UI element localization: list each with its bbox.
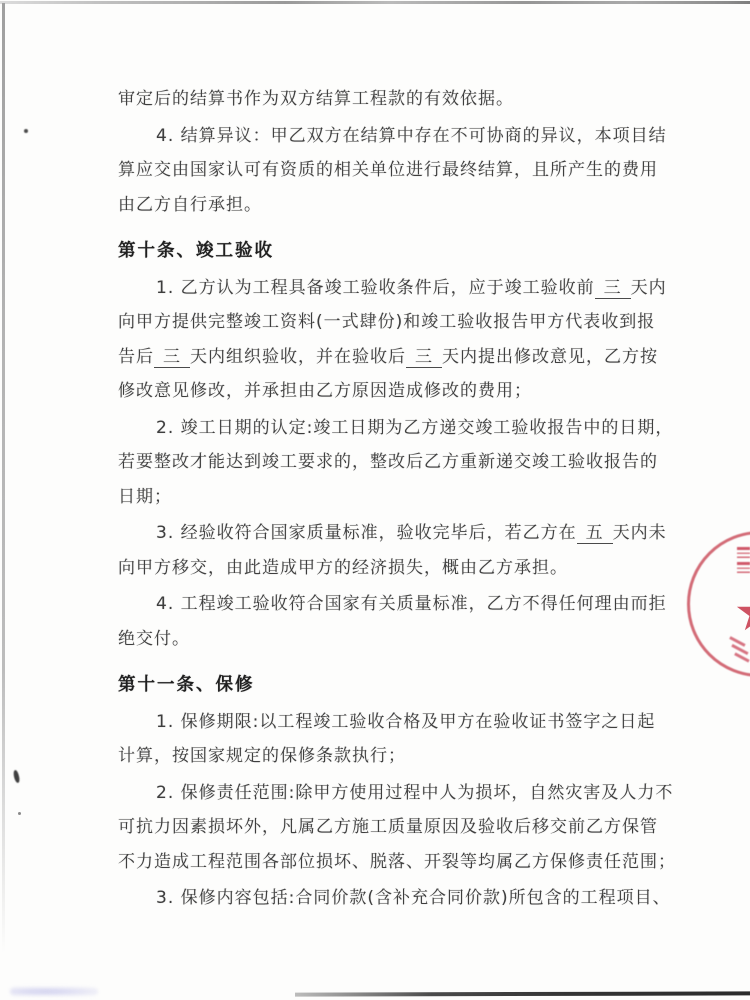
text-segment: 由乙方自行承担。	[118, 195, 262, 215]
scan-edge-left	[2, 3, 5, 953]
paragraph: 4. 工程竣工验收符合国家有关质量标准，乙方不得任何理由而拒绝交付。	[118, 587, 670, 656]
text-line: 不力造成工程范围各部位损坏、脱落、开裂等均属乙方保修责任范围；	[118, 845, 670, 880]
text-line: 算应交由国家认可有资质的相关单位进行最终结算，且所产生的费用	[118, 153, 670, 188]
text-line: 由乙方自行承担。	[118, 188, 670, 223]
text-segment: 天内	[631, 278, 667, 298]
text-line: 4. 结算异议：甲乙双方在结算中存在不可协商的异议，本项目结	[118, 119, 670, 154]
text-segment: 告后	[118, 347, 154, 367]
text-segment: 若要整改才能达到竣工要求的，整改后乙方重新递交竣工验收报告的	[118, 452, 658, 472]
document-page: 审定后的结算书作为双方结算工程款的有效依据。4. 结算异议：甲乙双方在结算中存在…	[0, 0, 750, 1000]
text-segment: 可抗力因素损坏外，凡属乙方施工质量原因及验收后移交前乙方保管	[118, 817, 658, 837]
paragraph: 审定后的结算书作为双方结算工程款的有效依据。	[118, 82, 670, 117]
scan-speck	[24, 129, 28, 133]
text-segment: 4. 结算异议：甲乙双方在结算中存在不可协商的异议，本项目结	[156, 126, 667, 146]
text-line: 告后三天内组织验收，并在验收后三天内提出修改意见，乙方按	[118, 340, 670, 375]
text-segment: 计算，按国家规定的保修条款执行；	[118, 746, 406, 766]
seal-text-marks	[737, 547, 750, 574]
text-line: 2. 竣工日期的认定:竣工日期为乙方递交竣工验收报告中的日期，	[118, 411, 670, 446]
text-segment: 天内组织验收，并在验收后	[190, 347, 406, 367]
text-line: 3. 经验收符合国家质量标准，验收完毕后，若乙方在五天内未	[118, 516, 670, 551]
text-line: 日期；	[118, 480, 670, 515]
seal-text-stroke	[729, 636, 745, 646]
text-line: 审定后的结算书作为双方结算工程款的有效依据。	[118, 82, 670, 117]
underlined-value: 三	[406, 347, 442, 368]
paragraph: 2. 竣工日期的认定:竣工日期为乙方递交竣工验收报告中的日期，若要整改才能达到竣…	[118, 411, 670, 515]
paragraph: 2. 保修责任范围:除甲方使用过程中人为损坏，自然灾害及人力不可抗力因素损坏外，…	[118, 776, 670, 880]
text-segment: 3. 保修内容包括:合同价款(含补充合同价款)所包含的工程项目、	[156, 888, 671, 908]
scan-speck	[12, 770, 20, 784]
seal-text-mark	[737, 547, 750, 558]
text-line: 1. 保修期限:以工程竣工验收合格及甲方在验收证书签字之日起	[118, 705, 670, 740]
underlined-value: 三	[154, 347, 190, 368]
text-segment: 2. 竣工日期的认定:竣工日期为乙方递交竣工验收报告中的日期，	[156, 418, 673, 438]
text-line: 向甲方提供完整竣工资料(一式肆份)和竣工验收报告甲方代表收到报	[118, 305, 670, 340]
text-segment: 天内提出修改意见，乙方按	[442, 347, 658, 367]
scan-speck	[18, 812, 21, 815]
text-line: 可抗力因素损坏外，凡属乙方施工质量原因及验收后移交前乙方保管	[118, 810, 670, 845]
text-segment: 2. 保修责任范围:除甲方使用过程中人为损坏，自然灾害及人力不	[156, 783, 673, 803]
text-line: 1. 乙方认为工程具备竣工验收条件后，应于竣工验收前三天内	[118, 271, 670, 306]
seal-ring-icon	[687, 531, 750, 677]
scan-edge-top	[0, 1, 750, 4]
text-segment: 4. 工程竣工验收符合国家有关质量标准，乙方不得任何理由而拒	[156, 594, 667, 614]
text-segment: 绝交付。	[118, 629, 190, 649]
star-icon	[736, 592, 750, 634]
paragraph: 1. 乙方认为工程具备竣工验收条件后，应于竣工验收前三天内向甲方提供完整竣工资料…	[118, 271, 670, 409]
paragraph: 3. 保修内容包括:合同价款(含补充合同价款)所包含的工程项目、	[118, 881, 670, 916]
underlined-value: 五	[577, 523, 613, 544]
text-segment: 向甲方提供完整竣工资料(一式肆份)和竣工验收报告甲方代表收到报	[118, 312, 655, 332]
text-segment: 修改意见修改，并承担由乙方原因造成修改的费用；	[118, 381, 532, 401]
text-line: 若要整改才能达到竣工要求的，整改后乙方重新递交竣工验收报告的	[118, 445, 670, 480]
text-segment: 1. 乙方认为工程具备竣工验收条件后，应于竣工验收前	[156, 278, 595, 298]
text-line: 修改意见修改，并承担由乙方原因造成修改的费用；	[118, 374, 670, 409]
text-segment: 3. 经验收符合国家质量标准，验收完毕后，若乙方在	[156, 523, 577, 543]
text-segment: 审定后的结算书作为双方结算工程款的有效依据。	[118, 89, 514, 109]
section-heading: 第十一条、保修	[118, 668, 670, 703]
text-line: 绝交付。	[118, 622, 670, 657]
text-segment: 向甲方移交，由此造成甲方的经济损失，概由乙方承担。	[118, 558, 568, 578]
seal-text-stroke	[734, 652, 749, 662]
scan-edge-bottom	[295, 991, 750, 996]
text-segment: 不力造成工程范围各部位损坏、脱落、开裂等均属乙方保修责任范围；	[118, 852, 676, 872]
text-line: 4. 工程竣工验收符合国家有关质量标准，乙方不得任何理由而拒	[118, 587, 670, 622]
text-segment: 算应交由国家认可有资质的相关单位进行最终结算，且所产生的费用	[118, 160, 658, 180]
seal-text-mark	[737, 562, 750, 573]
text-segment: 日期；	[118, 487, 172, 507]
text-segment: 天内未	[613, 523, 667, 543]
paragraph: 4. 结算异议：甲乙双方在结算中存在不可协商的异议，本项目结算应交由国家认可有资…	[118, 119, 670, 223]
underlined-value: 三	[595, 278, 631, 299]
text-segment: 1. 保修期限:以工程竣工验收合格及甲方在验收证书签字之日起	[156, 712, 655, 732]
text-line: 3. 保修内容包括:合同价款(含补充合同价款)所包含的工程项目、	[118, 881, 670, 916]
text-line: 计算，按国家规定的保修条款执行；	[118, 739, 670, 774]
paragraph: 1. 保修期限:以工程竣工验收合格及甲方在验收证书签字之日起计算，按国家规定的保…	[118, 705, 670, 774]
document-content: 审定后的结算书作为双方结算工程款的有效依据。4. 结算异议：甲乙双方在结算中存在…	[118, 80, 670, 916]
text-line: 向甲方移交，由此造成甲方的经济损失，概由乙方承担。	[118, 551, 670, 586]
text-line: 2. 保修责任范围:除甲方使用过程中人为损坏，自然灾害及人力不	[118, 776, 670, 811]
scan-smudge	[10, 987, 98, 996]
paragraph: 3. 经验收符合国家质量标准，验收完毕后，若乙方在五天内未向甲方移交，由此造成甲…	[118, 516, 670, 585]
section-heading: 第十条、竣工验收	[118, 234, 670, 269]
seal-text-stroke	[731, 644, 748, 655]
